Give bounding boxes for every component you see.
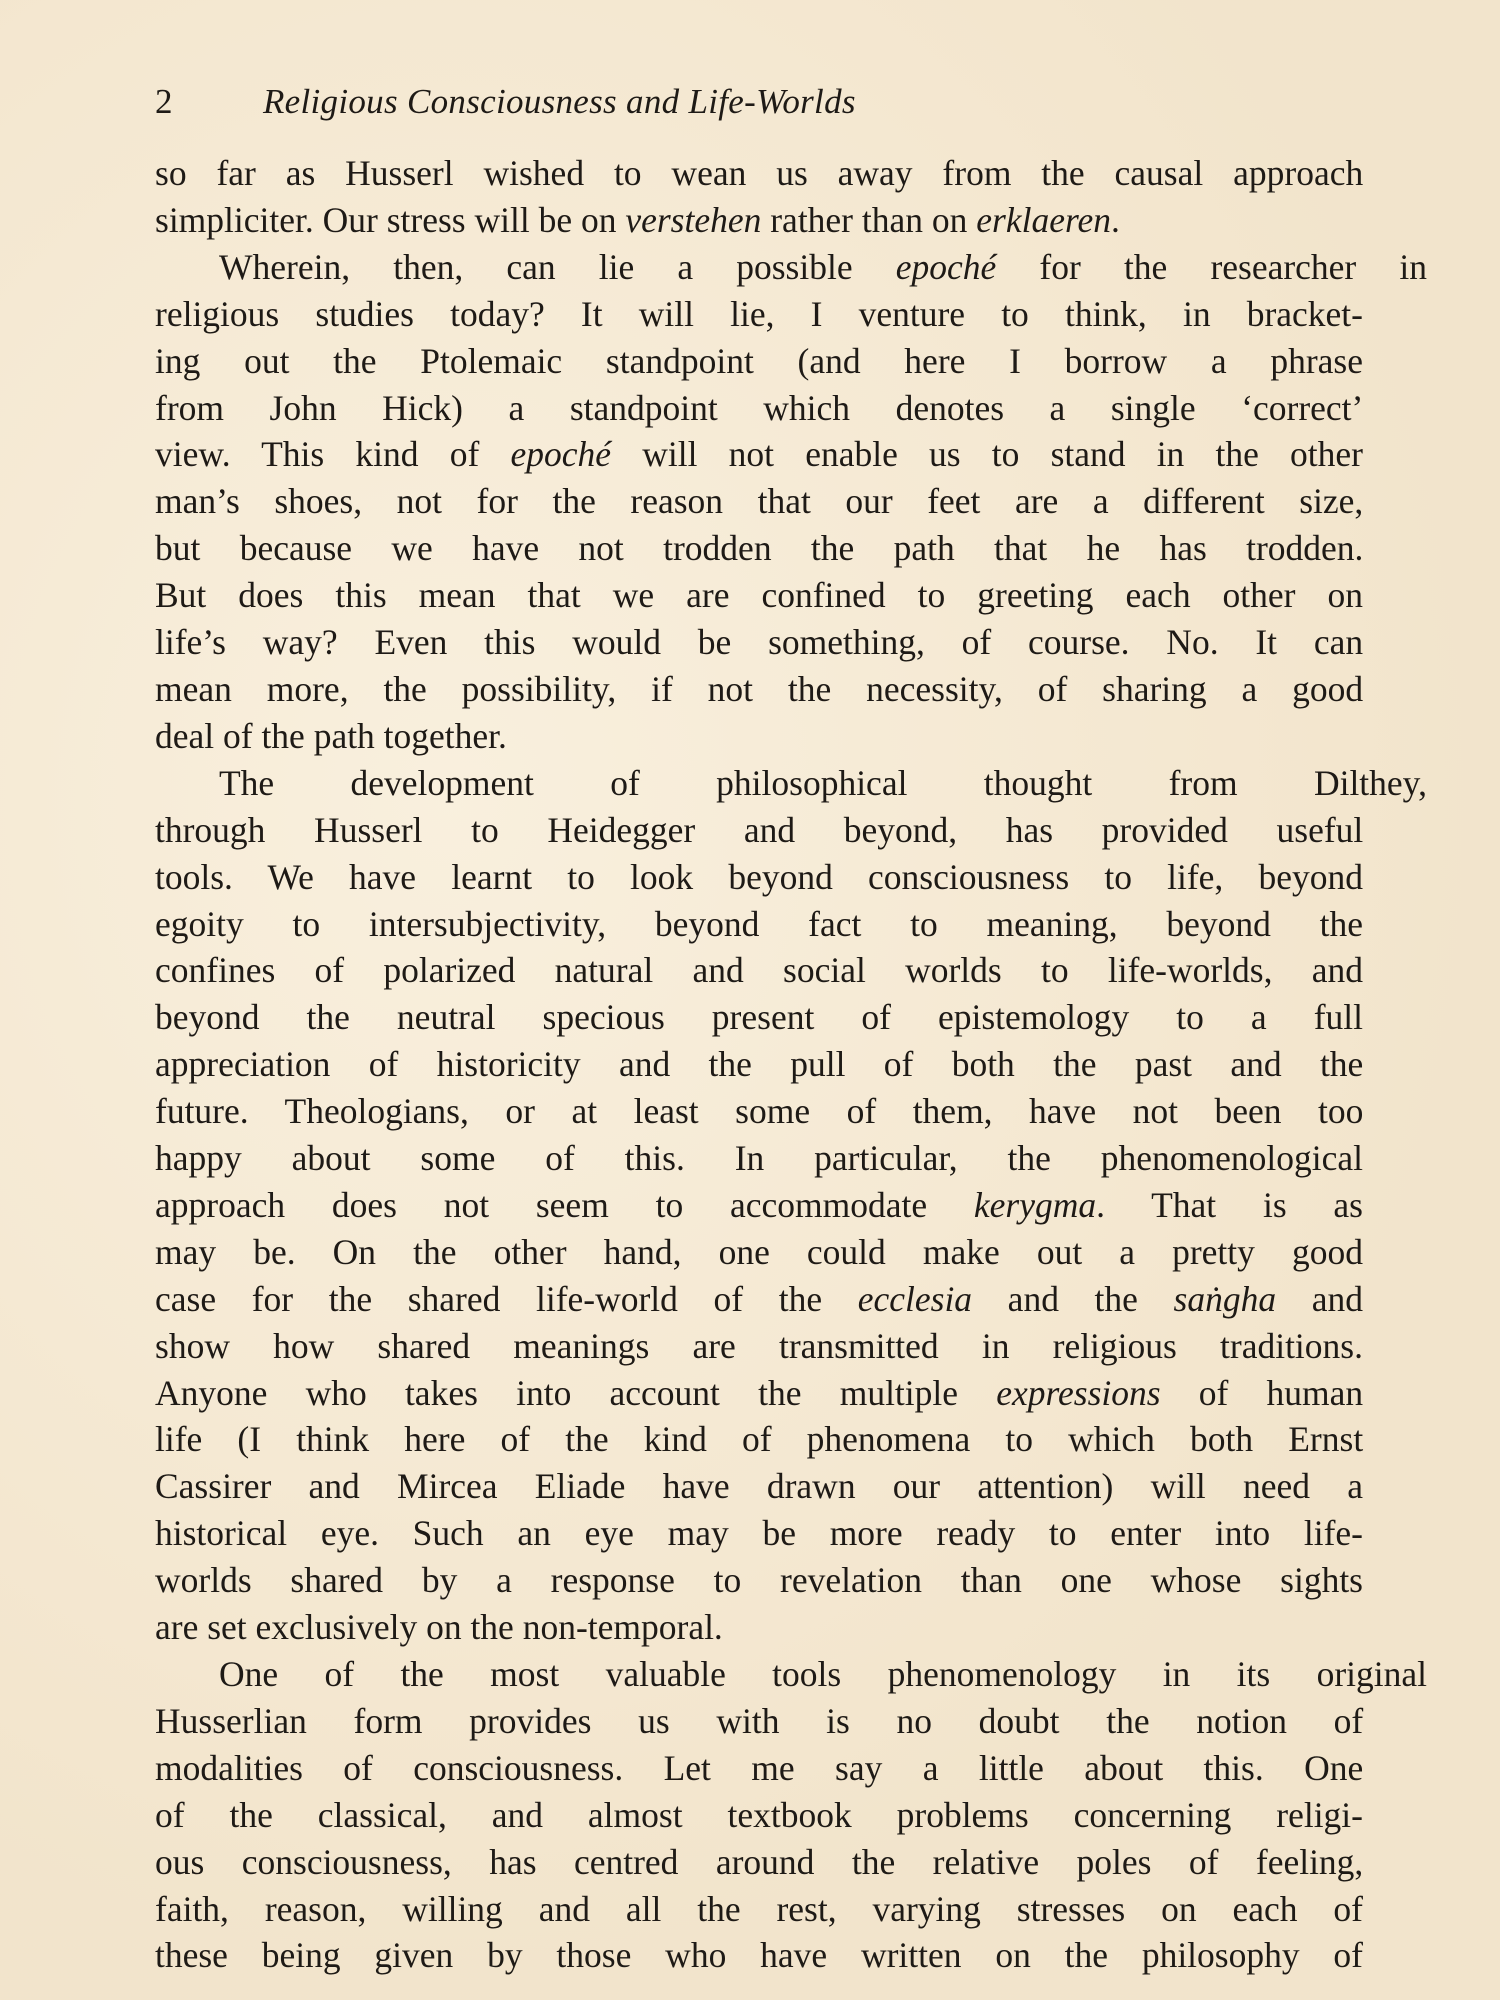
- text-run: egoity to intersubjectivity, beyond fact…: [155, 904, 1363, 944]
- paragraph: so far as Husserl wished to wean us away…: [155, 150, 1363, 244]
- text-run: these being given by those who have writ…: [155, 1935, 1363, 1975]
- text-line: But does this mean that we are confined …: [155, 572, 1363, 619]
- text-run: One of the most valuable tools phenomeno…: [219, 1654, 1427, 1694]
- text-line: future. Theologians, or at least some of…: [155, 1088, 1363, 1135]
- text-line: view. This kind of epoché will not enabl…: [155, 431, 1363, 478]
- italic-term: erklaeren: [976, 200, 1111, 240]
- text-run: Wherein, then, can lie a possible: [219, 247, 896, 287]
- text-line: Husserlian form provides us with is no d…: [155, 1698, 1363, 1745]
- text-run: and the: [972, 1279, 1173, 1319]
- text-run: case for the shared life-world of the: [155, 1279, 858, 1319]
- text-line: from John Hick) a standpoint which denot…: [155, 385, 1363, 432]
- text-line: mean more, the possibility, if not the n…: [155, 666, 1363, 713]
- text-run: mean more, the possibility, if not the n…: [155, 669, 1363, 709]
- text-run: of human: [1161, 1373, 1364, 1413]
- italic-term: epoché: [511, 434, 612, 474]
- text-run: ing out the Ptolemaic standpoint (and he…: [155, 341, 1363, 381]
- text-run: Anyone who takes into account the multip…: [155, 1373, 996, 1413]
- text-run: from John Hick) a standpoint which denot…: [155, 388, 1363, 428]
- text-line: deal of the path together.: [155, 713, 1363, 760]
- italic-term: ecclesia: [858, 1279, 972, 1319]
- text-run: show how shared meanings are transmitted…: [155, 1326, 1363, 1366]
- text-run: But does this mean that we are confined …: [155, 575, 1363, 615]
- text-line: religious studies today? It will lie, I …: [155, 291, 1363, 338]
- text-line: life’s way? Even this would be something…: [155, 619, 1363, 666]
- text-line: appreciation of historicity and the pull…: [155, 1041, 1363, 1088]
- text-run: approach does not seem to accommodate: [155, 1185, 974, 1225]
- body-text: so far as Husserl wished to wean us away…: [155, 150, 1363, 1979]
- text-run: so far as Husserl wished to wean us away…: [155, 153, 1363, 193]
- text-run: future. Theologians, or at least some of…: [155, 1091, 1363, 1131]
- text-line: show how shared meanings are transmitted…: [155, 1323, 1363, 1370]
- text-line: ing out the Ptolemaic standpoint (and he…: [155, 338, 1363, 385]
- text-run: confines of polarized natural and social…: [155, 950, 1363, 990]
- text-run: modalities of consciousness. Let me say …: [155, 1748, 1363, 1788]
- paragraph: The development of philosophical thought…: [155, 760, 1363, 1651]
- italic-term: verstehen: [625, 200, 761, 240]
- text-line: happy about some of this. In particular,…: [155, 1135, 1363, 1182]
- text-line: but because we have not trodden the path…: [155, 525, 1363, 572]
- text-line: Cassirer and Mircea Eliade have drawn ou…: [155, 1463, 1363, 1510]
- text-line: worlds shared by a response to revelatio…: [155, 1557, 1363, 1604]
- text-run: rather than on: [761, 200, 976, 240]
- text-run: are set exclusively on the non-temporal.: [155, 1607, 723, 1647]
- text-line: man’s shoes, not for the reason that our…: [155, 478, 1363, 525]
- text-line: One of the most valuable tools phenomeno…: [155, 1651, 1427, 1698]
- text-run: view. This kind of: [155, 434, 511, 474]
- text-run: Cassirer and Mircea Eliade have drawn ou…: [155, 1466, 1363, 1506]
- text-run: . That is as: [1096, 1185, 1363, 1225]
- paragraph: Wherein, then, can lie a possible epoché…: [155, 244, 1363, 760]
- italic-term: kerygma: [974, 1185, 1096, 1225]
- page-number: 2: [155, 80, 173, 124]
- text-run: .: [1111, 200, 1120, 240]
- running-title: Religious Consciousness and Life-Worlds: [263, 80, 856, 124]
- text-line: case for the shared life-world of the ec…: [155, 1276, 1363, 1323]
- text-run: appreciation of historicity and the pull…: [155, 1044, 1363, 1084]
- text-run: ous consciousness, has centred around th…: [155, 1842, 1363, 1882]
- text-run: life’s way? Even this would be something…: [155, 622, 1363, 662]
- text-line: tools. We have learnt to look beyond con…: [155, 854, 1363, 901]
- text-run: deal of the path together.: [155, 716, 507, 756]
- text-run: The development of philosophical thought…: [219, 763, 1427, 803]
- text-run: life (I think here of the kind of phenom…: [155, 1419, 1363, 1459]
- text-line: may be. On the other hand, one could mak…: [155, 1229, 1363, 1276]
- italic-term: epoché: [896, 247, 997, 287]
- text-run: man’s shoes, not for the reason that our…: [155, 481, 1363, 521]
- text-line: egoity to intersubjectivity, beyond fact…: [155, 901, 1363, 948]
- paragraph: One of the most valuable tools phenomeno…: [155, 1651, 1363, 1979]
- text-line: through Husserl to Heidegger and beyond,…: [155, 807, 1363, 854]
- text-line: of the classical, and almost textbook pr…: [155, 1792, 1363, 1839]
- text-line: are set exclusively on the non-temporal.: [155, 1604, 1363, 1651]
- text-line: modalities of consciousness. Let me say …: [155, 1745, 1363, 1792]
- text-line: simpliciter. Our stress will be on verst…: [155, 197, 1363, 244]
- text-run: for the researcher in: [996, 247, 1427, 287]
- text-line: life (I think here of the kind of phenom…: [155, 1416, 1363, 1463]
- text-line: beyond the neutral specious present of e…: [155, 994, 1363, 1041]
- text-line: approach does not seem to accommodate ke…: [155, 1182, 1363, 1229]
- text-run: religious studies today? It will lie, I …: [155, 294, 1363, 334]
- text-run: worlds shared by a response to revelatio…: [155, 1560, 1363, 1600]
- text-run: Husserlian form provides us with is no d…: [155, 1701, 1363, 1741]
- text-run: may be. On the other hand, one could mak…: [155, 1232, 1363, 1272]
- text-run: and: [1276, 1279, 1363, 1319]
- text-run: tools. We have learnt to look beyond con…: [155, 857, 1363, 897]
- text-line: Anyone who takes into account the multip…: [155, 1370, 1363, 1417]
- italic-term: saṅgha: [1174, 1279, 1277, 1319]
- text-line: so far as Husserl wished to wean us away…: [155, 150, 1363, 197]
- text-line: these being given by those who have writ…: [155, 1932, 1363, 1979]
- text-line: Wherein, then, can lie a possible epoché…: [155, 244, 1427, 291]
- text-run: but because we have not trodden the path…: [155, 528, 1363, 568]
- text-line: The development of philosophical thought…: [155, 760, 1427, 807]
- running-head: 2 Religious Consciousness and Life-World…: [155, 80, 1363, 124]
- text-line: ous consciousness, has centred around th…: [155, 1839, 1363, 1886]
- text-run: will not enable us to stand in the other: [611, 434, 1363, 474]
- text-line: faith, reason, willing and all the rest,…: [155, 1886, 1363, 1933]
- text-run: through Husserl to Heidegger and beyond,…: [155, 810, 1363, 850]
- text-run: beyond the neutral specious present of e…: [155, 997, 1363, 1037]
- text-line: confines of polarized natural and social…: [155, 947, 1363, 994]
- text-run: historical eye. Such an eye may be more …: [155, 1513, 1363, 1553]
- text-run: faith, reason, willing and all the rest,…: [155, 1889, 1363, 1929]
- text-run: of the classical, and almost textbook pr…: [155, 1795, 1363, 1835]
- text-run: happy about some of this. In particular,…: [155, 1138, 1363, 1178]
- italic-term: expressions: [996, 1373, 1160, 1413]
- text-line: historical eye. Such an eye may be more …: [155, 1510, 1363, 1557]
- text-run: simpliciter. Our stress will be on: [155, 200, 625, 240]
